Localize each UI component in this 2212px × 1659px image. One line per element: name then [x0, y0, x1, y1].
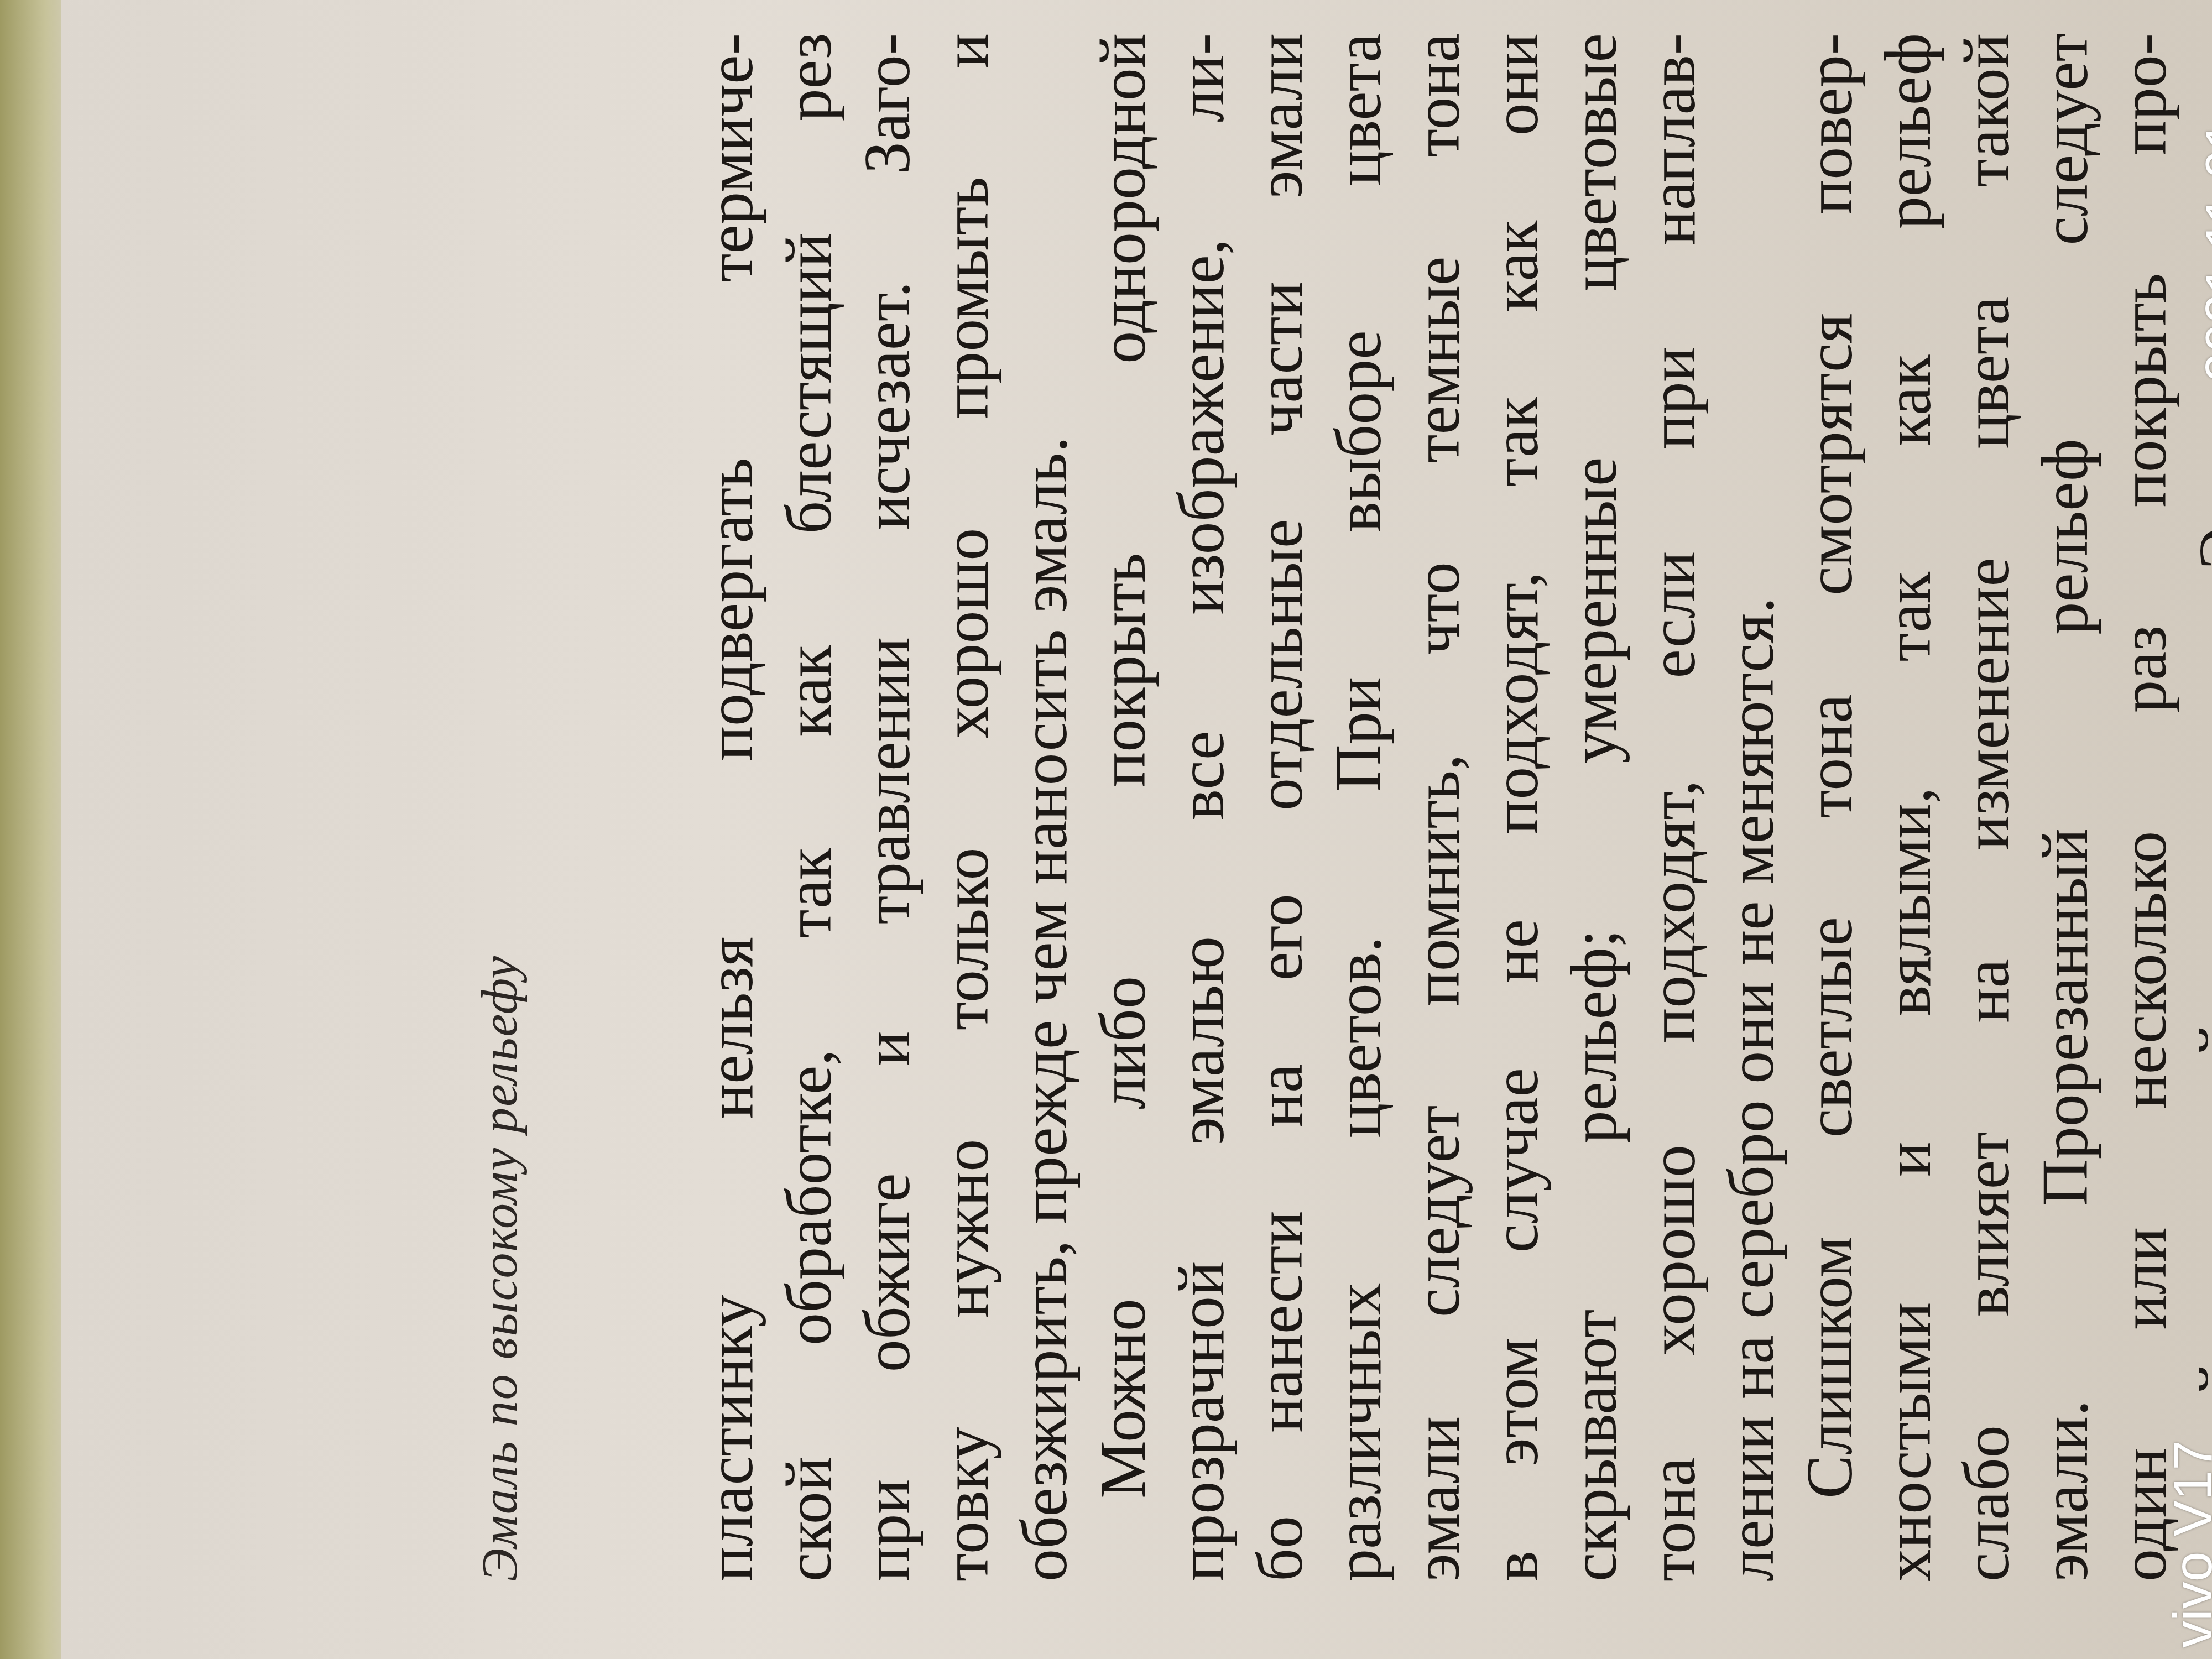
photo-timestamp: 2021.11.01 20:47 — [2195, 0, 2212, 382]
rotated-page-content: Эмаль по высокому рельефу пластинку нель… — [61, 0, 2212, 1659]
text-line: лении на серебро они не меняются. — [1712, 33, 1791, 1582]
text-line: обезжирить, прежде чем наносить эмаль. — [1005, 33, 1084, 1582]
text-line: прозрачной эмалью все изображение, ли- — [1162, 33, 1241, 1582]
text-line: при обжиге и травлении исчезает. Заго- — [848, 33, 927, 1582]
text-line: бо нанести на его отдельные части эмали — [1241, 33, 1319, 1582]
camera-model: vivo V17 — [2162, 1089, 2212, 1648]
text-line: Можно либо покрыть однородной — [1084, 33, 1162, 1582]
camera-watermark: vivo V17 48MP AI Quad Camera — [2162, 1089, 2212, 1648]
text-line: скрывают рельеф; умеренные цветовые — [1555, 33, 1634, 1582]
text-line: пластинку нельзя подвергать термиче- — [691, 33, 770, 1582]
text-line: эмали. Прорезанный рельеф следует — [2026, 33, 2105, 1582]
running-header: Эмаль по высокому рельефу — [470, 955, 529, 1582]
text-line: товку нужно только хорошо промыть и — [927, 33, 1005, 1582]
text-line: хностыми и вялыми, так как рельеф — [1869, 33, 1948, 1582]
text-line: слабо влияет на изменение цвета такой — [1948, 33, 2026, 1582]
text-line: Слишком светлые тона смотрятся повер- — [1791, 33, 1869, 1582]
text-line: различных цветов. При выборе цвета — [1319, 33, 1398, 1582]
body-text: пластинку нельзя подвергать термиче- ско… — [691, 0, 2212, 1582]
book-page: Эмаль по высокому рельефу пластинку нель… — [61, 0, 2212, 1659]
text-line: эмали следует помнить, что темные тона — [1398, 33, 1477, 1582]
text-line: в этом случае не подходят, так как они — [1477, 33, 1555, 1582]
text-line: ской обработке, так как блестящий рез — [770, 33, 848, 1582]
text-line: тона хорошо подходят, если при наплав- — [1634, 33, 1712, 1582]
